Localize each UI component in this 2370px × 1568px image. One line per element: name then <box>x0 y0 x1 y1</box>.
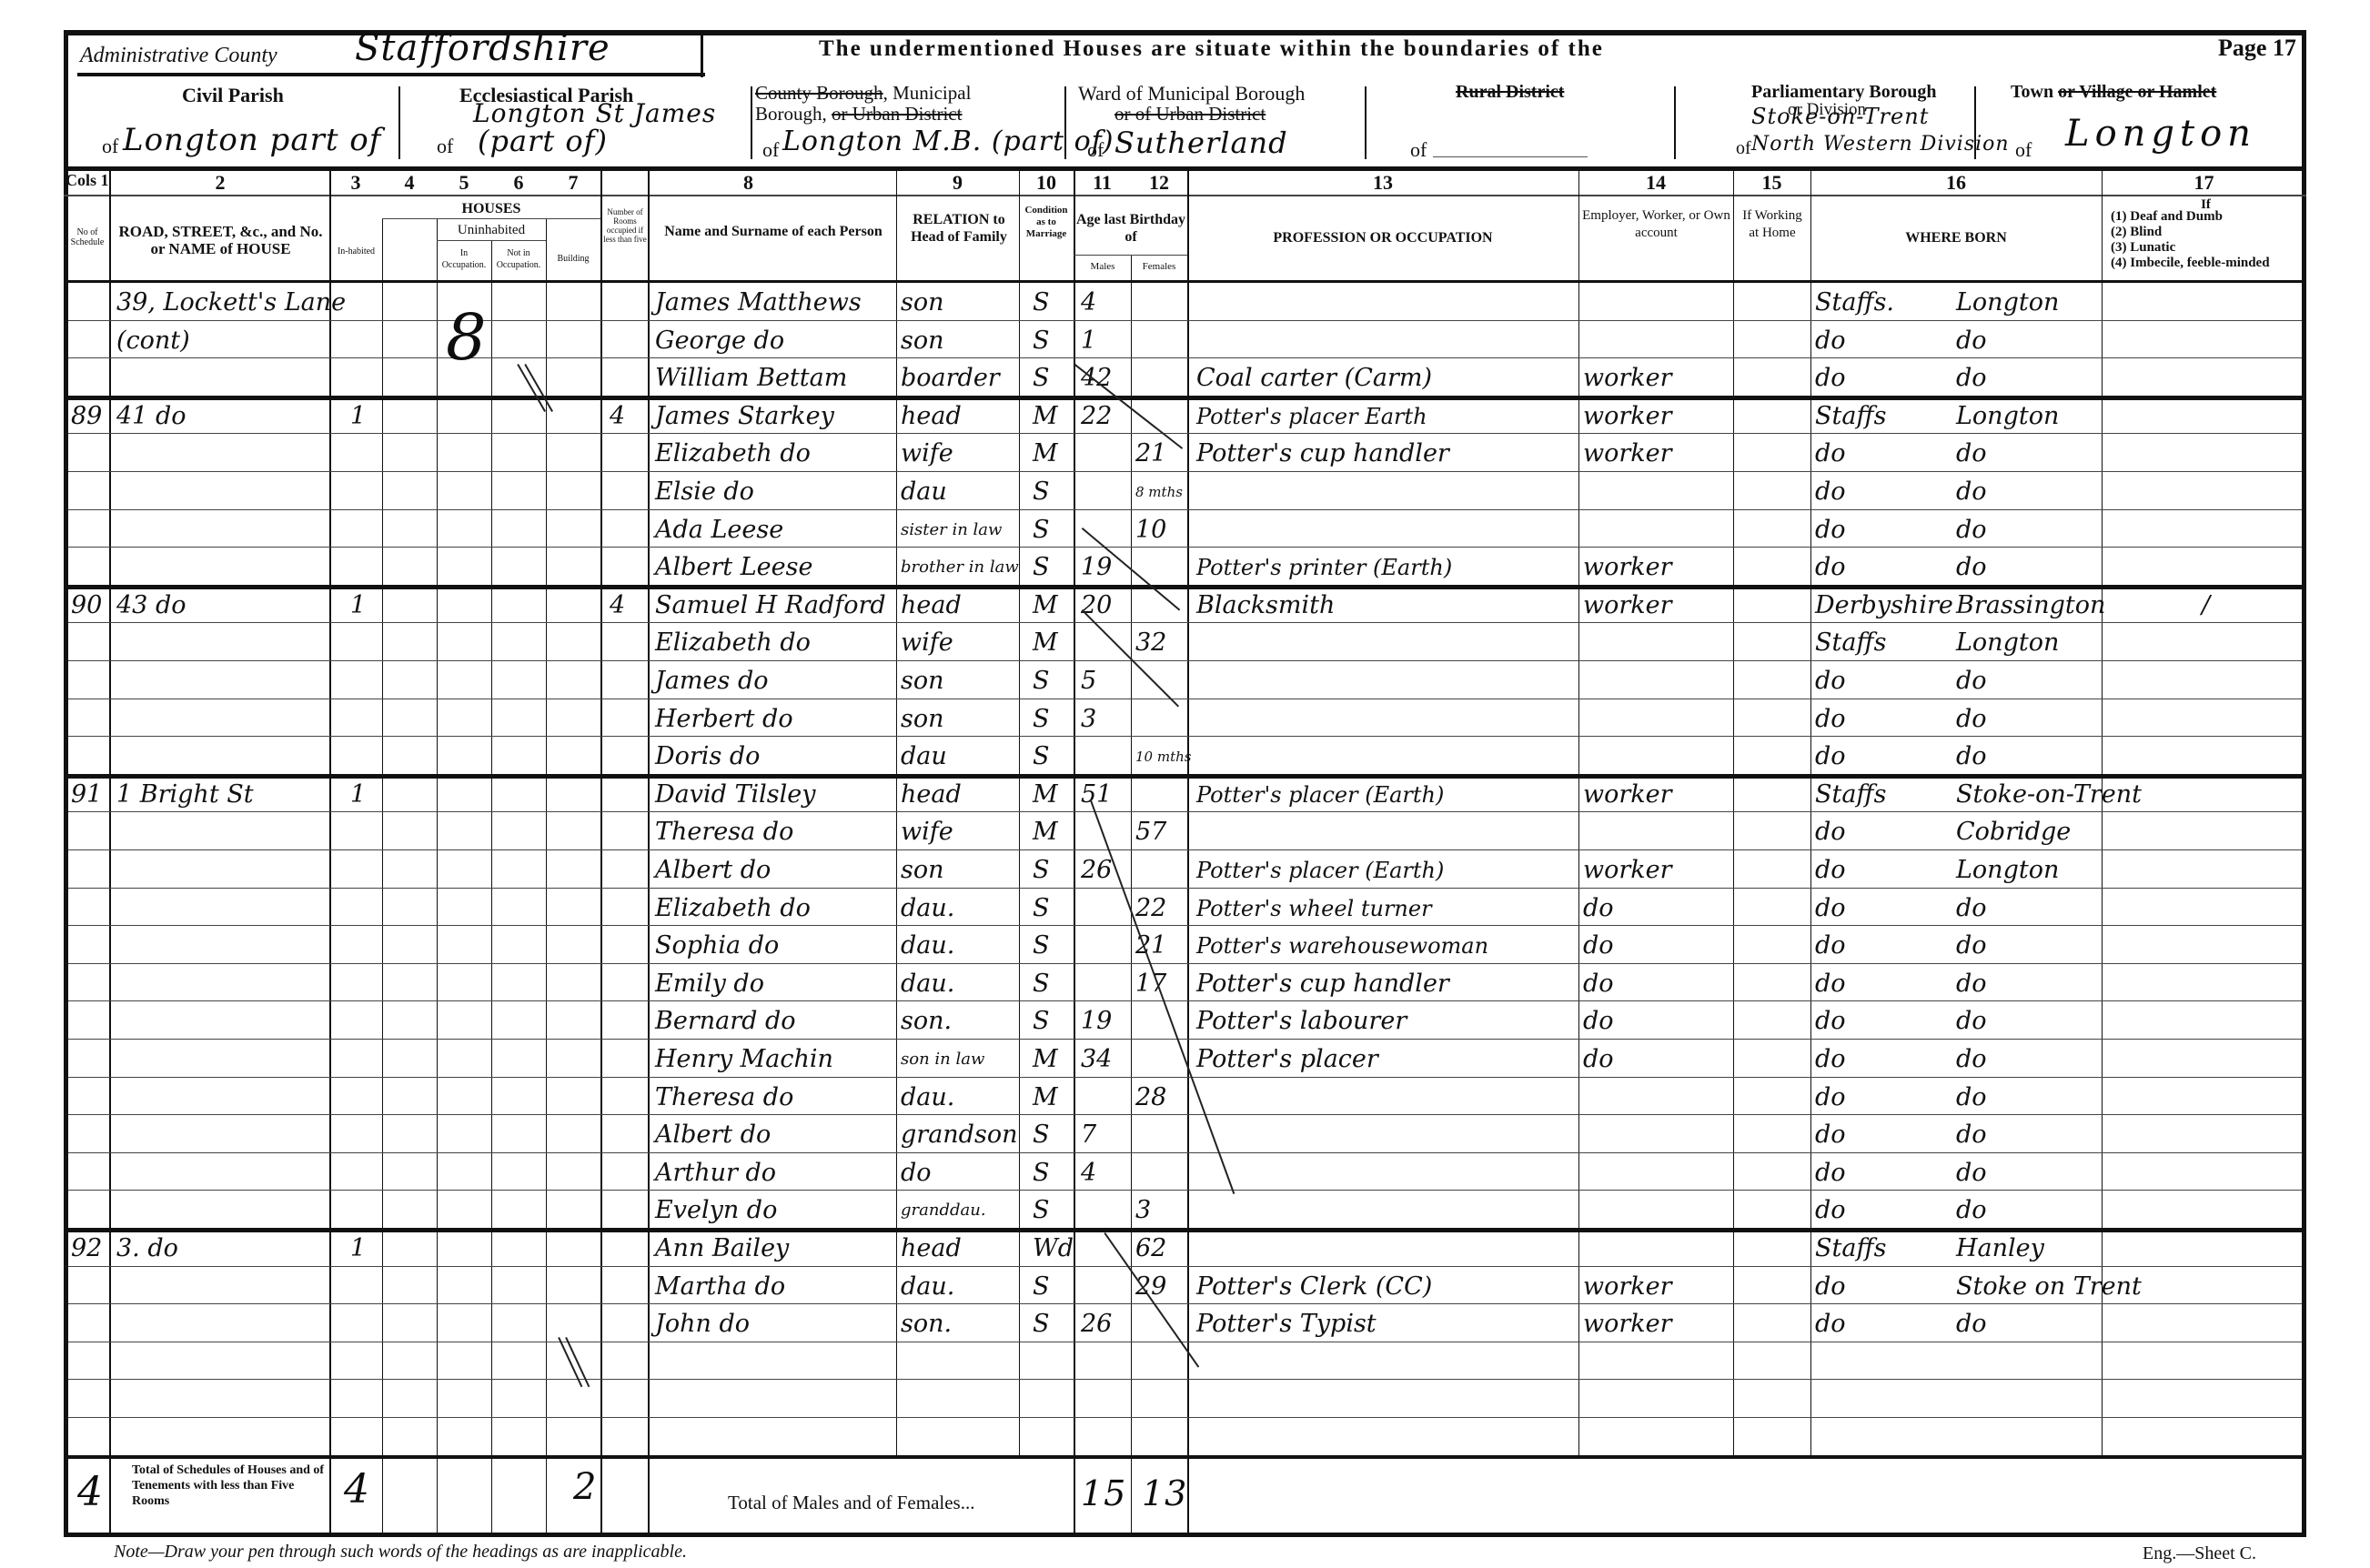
table-row: Bernard doson.S19Potter's labourerdododo <box>68 1001 2302 1040</box>
birthplace-county: do <box>1815 661 1846 699</box>
birthplace-county: do <box>1815 1040 1846 1078</box>
address: (cont) <box>116 321 190 359</box>
col-number-16: 16 <box>1810 171 2102 195</box>
relation-to-head: son <box>901 321 944 359</box>
col-number-12: 12 <box>1131 171 1187 195</box>
person-name: James Matthews <box>655 283 862 321</box>
boundaries-heading: The undermentioned Houses are situate wi… <box>819 36 1604 62</box>
uninhabited-scribble: 8 <box>446 300 488 375</box>
occupation: Potter's placer (Earth) <box>1196 775 1444 813</box>
employment-status: worker <box>1583 434 1672 472</box>
header-age: Age last Birthday of <box>1075 211 1186 246</box>
relation-to-head: son <box>901 850 944 889</box>
age-male: 22 <box>1081 397 1112 435</box>
schedule-number: 92 <box>71 1229 102 1267</box>
birthplace-town: Hanley <box>1956 1229 2044 1267</box>
employment-status: do <box>1583 1001 1614 1040</box>
table-row: Albert dosonS26Potter's placer (Earth)wo… <box>68 850 2302 889</box>
total-females: 13 <box>1142 1473 1187 1513</box>
age-rule <box>1074 255 1187 256</box>
table-row: Sophia dodau.S21Potter's warehousewomand… <box>68 926 2302 964</box>
header-condition: Condition as to Marriage <box>1021 205 1072 240</box>
age-male: 19 <box>1081 1001 1112 1040</box>
marital-condition: S <box>1033 283 1050 321</box>
col-number-13: 13 <box>1187 171 1578 195</box>
table-row: Herbert dosonS3dodo <box>68 699 2302 738</box>
age-female: 21 <box>1135 926 1166 964</box>
col-number-14: 14 <box>1578 171 1733 195</box>
relation-to-head: son in law <box>901 1040 984 1078</box>
table-row: Elsie dodauS8 mthsdodo <box>68 472 2302 510</box>
ward-of: of <box>1087 138 1104 162</box>
birthplace-town: Longton <box>1956 283 2059 321</box>
schedule-number: 90 <box>71 586 102 624</box>
birthplace-town: do <box>1956 889 1987 927</box>
person-name: Elsie do <box>655 472 754 510</box>
birthplace-county: do <box>1815 548 1846 586</box>
rural-value-line <box>1433 156 1588 157</box>
parliamentary-value-2: North Western Division <box>1751 133 2010 156</box>
col-number-9: 9 <box>896 171 1019 195</box>
marital-condition: S <box>1033 661 1050 699</box>
page-number: Page 17 <box>2218 35 2296 62</box>
col-number-3: 3 <box>329 171 382 195</box>
birthplace-town: do <box>1956 1191 1987 1229</box>
divider <box>1064 86 1066 159</box>
marital-condition: S <box>1033 1267 1050 1305</box>
relation-to-head: dau. <box>901 1267 954 1305</box>
address: 1 Bright St <box>116 775 254 813</box>
relation-to-head: son. <box>901 1001 952 1040</box>
table-row: Theresa dowifeM57doCobridge <box>68 812 2302 850</box>
header-in-occupation: In Occupation. <box>439 247 489 271</box>
col-number-15: 15 <box>1733 171 1810 195</box>
county-box-rule <box>77 73 705 76</box>
relation-to-head: head <box>901 586 962 624</box>
occupation: Potter's cup handler <box>1196 964 1449 1002</box>
marital-condition: M <box>1033 812 1058 850</box>
ward-value: Sutherland <box>1114 126 1288 160</box>
age-male: 3 <box>1081 699 1096 738</box>
birthplace-town: do <box>1956 434 1987 472</box>
occupation: Potter's placer <box>1196 1040 1378 1078</box>
ward-urban-struck: or of Urban District <box>1114 103 1266 126</box>
town-label: Town <box>2011 82 2053 102</box>
occupation: Potter's printer (Earth) <box>1196 548 1452 586</box>
rooms-count: 4 <box>610 586 625 624</box>
relation-to-head: head <box>901 397 962 435</box>
divider <box>1974 86 1976 159</box>
occupation: Coal carter (Carm) <box>1196 358 1432 397</box>
birthplace-town: Stoke-on-Trent <box>1956 775 2142 813</box>
relation-to-head: son. <box>901 1304 952 1342</box>
address: 3. do <box>116 1229 178 1267</box>
total-males: 15 <box>1081 1473 1126 1513</box>
person-name: Samuel H Radford <box>655 586 886 624</box>
marital-condition: S <box>1033 889 1050 927</box>
uninhabited-rule <box>437 240 546 241</box>
civil-parish-of: of <box>102 135 118 158</box>
birthplace-town: do <box>1956 1304 1987 1342</box>
birthplace-town: do <box>1956 737 1987 775</box>
marital-condition: M <box>1033 623 1058 661</box>
divider <box>751 86 752 159</box>
marital-condition: S <box>1033 737 1050 775</box>
marital-condition: Wd <box>1033 1229 1074 1267</box>
employment-status: do <box>1583 926 1614 964</box>
person-name: Ada Leese <box>655 510 783 548</box>
person-name: David Tilsley <box>655 775 816 813</box>
person-name: George do <box>655 321 784 359</box>
birthplace-town: do <box>1956 926 1987 964</box>
marital-condition: S <box>1033 1001 1050 1040</box>
marital-condition: S <box>1033 964 1050 1002</box>
relation-to-head: dau. <box>901 889 954 927</box>
employment-status: do <box>1583 964 1614 1002</box>
town-of: of <box>2015 138 2032 162</box>
relation-to-head: wife <box>901 812 953 850</box>
birthplace-county: do <box>1815 699 1846 738</box>
occupation: Blacksmith <box>1196 586 1335 624</box>
total-rooms: 2 <box>573 1466 597 1508</box>
relation-to-head: wife <box>901 434 953 472</box>
table-row: Evelyn dogranddau.S3dodo <box>68 1191 2302 1229</box>
total-houses-inhabited: 4 <box>344 1466 370 1513</box>
schedule-separator <box>64 396 2306 400</box>
employment-status: worker <box>1583 358 1672 397</box>
occupation: Potter's Clerk (CC) <box>1196 1267 1432 1305</box>
header-road-street: ROAD, STREET, &c., and No. or NAME of HO… <box>118 223 323 257</box>
relation-to-head: grandson <box>901 1115 1017 1153</box>
age-male: 34 <box>1081 1040 1112 1078</box>
relation-to-head: son <box>901 283 944 321</box>
table-row: John doson.S26Potter's Typistworkerdodo <box>68 1304 2302 1342</box>
birthplace-county: do <box>1815 358 1846 397</box>
birthplace-county: do <box>1815 850 1846 889</box>
table-row: James dosonS5dodo <box>68 661 2302 699</box>
age-male: 26 <box>1081 850 1112 889</box>
table-row: 39, Lockett's LaneJames MatthewssonS4Sta… <box>68 283 2302 321</box>
relation-to-head: head <box>901 1229 962 1267</box>
table-row: Theresa dodau.M28dodo <box>68 1078 2302 1116</box>
relation-to-head: dau. <box>901 926 954 964</box>
birthplace-county: Staffs <box>1815 623 1886 661</box>
municipal-label: , Municipal <box>883 82 972 104</box>
age-male: 7 <box>1081 1115 1096 1153</box>
birthplace-county: Derbyshire <box>1815 586 1953 624</box>
birthplace-town: do <box>1956 1040 1987 1078</box>
ecclesiastical-parish-of: of <box>437 135 453 158</box>
table-row: 923. do1Ann BaileyheadWd62StaffsHanley <box>68 1229 2302 1267</box>
schedule-separator <box>64 1228 2306 1232</box>
header-working-at-home: If Working at Home <box>1736 207 1809 242</box>
relation-to-head: granddau. <box>901 1191 986 1229</box>
marital-condition: S <box>1033 850 1050 889</box>
header-infirmity-list: (1) Deaf and Dumb (2) Blind (3) Lunatic … <box>2111 209 2270 271</box>
rural-district-struck: Rural District <box>1456 82 1564 103</box>
header-occupation: PROFESSION OR OCCUPATION <box>1192 229 1574 246</box>
totals-males-females-label: Total of Males and of Females... <box>728 1492 974 1514</box>
person-name: Theresa do <box>655 1078 793 1116</box>
birthplace-county: do <box>1815 1153 1846 1191</box>
marital-condition: S <box>1033 926 1050 964</box>
person-name: Albert do <box>655 850 771 889</box>
marital-condition: M <box>1033 434 1058 472</box>
relation-to-head: wife <box>901 623 953 661</box>
schedule-number: 91 <box>71 775 102 813</box>
houses-inhabited: 1 <box>350 775 366 813</box>
marital-condition: M <box>1033 397 1058 435</box>
birthplace-town: do <box>1956 510 1987 548</box>
age-male: 4 <box>1081 1153 1096 1191</box>
age-female: 32 <box>1135 623 1166 661</box>
header-females: Females <box>1132 261 1186 273</box>
employment-status: worker <box>1583 775 1672 813</box>
age-male: 4 <box>1081 283 1096 321</box>
birthplace-town: do <box>1956 699 1987 738</box>
age-male: 51 <box>1081 775 1112 813</box>
person-name: Bernard do <box>655 1001 796 1040</box>
birthplace-town: Longton <box>1956 850 2059 889</box>
footer-note: Note—Draw your pen through such words of… <box>114 1542 687 1563</box>
age-male: 1 <box>1081 321 1096 359</box>
birthplace-town: Brassington <box>1956 586 2105 624</box>
relation-to-head: son <box>901 661 944 699</box>
person-name: Ann Bailey <box>655 1229 789 1267</box>
person-name: John do <box>655 1304 750 1342</box>
birthplace-town: do <box>1956 964 1987 1002</box>
birthplace-county: Staffs <box>1815 775 1886 813</box>
divider <box>1365 86 1367 159</box>
col-number-2: 2 <box>111 171 329 195</box>
divider <box>1674 86 1676 159</box>
table-row: Emily dodau.S17Potter's cup handlerdodod… <box>68 964 2302 1002</box>
col-number-10: 10 <box>1019 171 1074 195</box>
birthplace-county: do <box>1815 510 1846 548</box>
relation-to-head: dau <box>901 737 947 775</box>
marital-condition: S <box>1033 321 1050 359</box>
age-female: 21 <box>1135 434 1166 472</box>
birthplace-town: do <box>1956 1078 1987 1116</box>
marital-condition: M <box>1033 586 1058 624</box>
person-name: Evelyn do <box>655 1191 777 1229</box>
marital-condition: S <box>1033 510 1050 548</box>
birthplace-town: do <box>1956 661 1987 699</box>
birthplace-county: do <box>1815 321 1846 359</box>
table-row: 8941 do14James StarkeyheadM22Potter's pl… <box>68 397 2302 435</box>
relation-to-head: do <box>901 1153 932 1191</box>
age-female: 62 <box>1135 1229 1166 1267</box>
birthplace-county: do <box>1815 1078 1846 1116</box>
relation-to-head: dau. <box>901 1078 954 1116</box>
total-schedules: 4 <box>77 1469 104 1515</box>
relation-to-head: head <box>901 775 962 813</box>
address: 43 do <box>116 586 186 624</box>
county-box-divider <box>701 30 703 77</box>
header-not-in-occupation: Not in Occupation. <box>493 247 544 271</box>
employment-status: worker <box>1583 548 1672 586</box>
marital-condition: M <box>1033 1040 1058 1078</box>
header-relation: RELATION to Head of Family <box>901 211 1017 246</box>
person-name: James do <box>655 661 768 699</box>
col-number-8: 8 <box>600 171 896 195</box>
divider <box>398 86 400 159</box>
ecclesiastical-parish-value-2: (part of) <box>478 124 608 158</box>
admin-county-value: Staffordshire <box>355 27 610 69</box>
form-id: Eng.—Sheet C. <box>2143 1543 2256 1564</box>
relation-to-head: brother in law <box>901 548 1019 586</box>
totals-schedules-label: Total of Schedules of Houses and of Tene… <box>132 1462 328 1509</box>
person-name: Sophia do <box>655 926 779 964</box>
person-name: Herbert do <box>655 699 793 738</box>
marital-condition: S <box>1033 358 1050 397</box>
header-where-born: WHERE BORN <box>1815 229 2097 246</box>
table-row: (cont)George dosonS1dodo <box>68 321 2302 359</box>
birthplace-town: do <box>1956 321 1987 359</box>
person-name: Theresa do <box>655 812 793 850</box>
relation-to-head: dau. <box>901 964 954 1002</box>
admin-county-label: Administrative County <box>80 44 277 68</box>
birthplace-town: Longton <box>1956 623 2059 661</box>
person-name: James Starkey <box>655 397 834 435</box>
birthplace-town: Longton <box>1956 397 2059 435</box>
table-row <box>68 1418 2302 1456</box>
marital-condition: M <box>1033 1078 1058 1116</box>
borough-label: Borough, <box>755 103 827 125</box>
age-female: 3 <box>1135 1191 1151 1229</box>
birthplace-county: do <box>1815 964 1846 1002</box>
marital-condition: S <box>1033 1153 1050 1191</box>
birthplace-town: do <box>1956 548 1987 586</box>
employment-status: worker <box>1583 586 1672 624</box>
table-row: William BettamboarderS42Coal carter (Car… <box>68 358 2302 397</box>
employment-status: worker <box>1583 850 1672 889</box>
totals-top-rule <box>64 1455 2306 1459</box>
header-schedule-no: No of Schedule <box>66 227 109 247</box>
header-uninhabited: Uninhabited <box>437 222 546 239</box>
birthplace-county: do <box>1815 812 1846 850</box>
birthplace-county: Staffs <box>1815 1229 1886 1267</box>
marital-condition: S <box>1033 1191 1050 1229</box>
address: 41 do <box>116 397 186 435</box>
table-row: Doris dodauS10 mthsdodo <box>68 737 2302 775</box>
county-borough-struck: County Borough <box>755 82 883 104</box>
occupation: Potter's wheel turner <box>1196 889 1432 927</box>
person-name: Albert Leese <box>655 548 812 586</box>
rural-of: of <box>1410 138 1427 162</box>
birthplace-county: do <box>1815 1191 1846 1229</box>
age-female: 22 <box>1135 889 1166 927</box>
houses-inhabited: 1 <box>350 397 366 435</box>
marital-condition: M <box>1033 775 1058 813</box>
civil-parish-value: Longton part of <box>123 122 381 158</box>
town-value: Longton <box>2065 113 2256 155</box>
col-number-11: 11 <box>1074 171 1131 195</box>
birthplace-county: Staffs. <box>1815 283 1894 321</box>
table-row: Elizabeth dowifeM32StaffsLongton <box>68 623 2302 661</box>
person-name: Elizabeth do <box>655 623 811 661</box>
age-female: 10 mths <box>1135 737 1191 775</box>
birthplace-county: do <box>1815 889 1846 927</box>
birthplace-county: do <box>1815 1267 1846 1305</box>
age-female: 10 <box>1135 510 1166 548</box>
marital-condition: S <box>1033 548 1050 586</box>
age-female: 57 <box>1135 812 1166 850</box>
birthplace-town: do <box>1956 358 1987 397</box>
infirmity: / <box>2202 586 2210 624</box>
employment-status: do <box>1583 1040 1614 1078</box>
employment-status: worker <box>1583 1267 1672 1305</box>
col-number-1: Cols 1 <box>66 171 111 190</box>
occupation: Potter's labourer <box>1196 1001 1407 1040</box>
table-row: Ada Leesesister in lawS10dodo <box>68 510 2302 548</box>
marital-condition: S <box>1033 699 1050 738</box>
parliamentary-value-1: Stoke-on-Trent <box>1751 104 1929 129</box>
birthplace-town: Stoke on Trent <box>1956 1267 2142 1305</box>
infirmity-lunatic: (3) Lunatic <box>2111 240 2270 256</box>
person-name: Henry Machin <box>655 1040 833 1078</box>
marital-condition: S <box>1033 1304 1050 1342</box>
birthplace-county: do <box>1815 1304 1846 1342</box>
schedule-separator <box>64 774 2306 779</box>
person-name: Emily do <box>655 964 764 1002</box>
table-row: Elizabeth dowifeM21Potter's cup handlerw… <box>68 434 2302 472</box>
parliamentary-of: of <box>1736 138 1751 159</box>
birthplace-county: do <box>1815 926 1846 964</box>
civil-parish-label: Civil Parish <box>182 84 284 107</box>
birthplace-town: Cobridge <box>1956 812 2071 850</box>
person-name: William Bettam <box>655 358 847 397</box>
col-number-7: 7 <box>546 171 600 195</box>
person-name: Doris do <box>655 737 760 775</box>
schedule-number: 89 <box>71 397 102 435</box>
houses-inhabited: 1 <box>350 1229 366 1267</box>
urban-district-struck: or Urban District <box>832 103 962 125</box>
table-row: Martha dodau.S29Potter's Clerk (CC)worke… <box>68 1267 2302 1305</box>
village-hamlet-struck: or Village or Hamlet <box>2058 82 2216 102</box>
age-female: 8 mths <box>1135 472 1183 510</box>
birthplace-town: do <box>1956 1115 1987 1153</box>
occupation: Potter's placer (Earth) <box>1196 850 1444 889</box>
header-building: Building <box>548 253 599 265</box>
header-rooms: Number of Rooms occupied if less than fi… <box>602 207 648 244</box>
occupation: Potter's Typist <box>1196 1304 1377 1342</box>
header-houses: HOUSES <box>382 200 600 217</box>
table-row: 911 Bright St1David TilsleyheadM51Potter… <box>68 775 2302 813</box>
infirmity-blind: (2) Blind <box>2111 225 2270 240</box>
rooms-count: 4 <box>610 397 625 435</box>
relation-to-head: boarder <box>901 358 1000 397</box>
birthplace-town: do <box>1956 1001 1987 1040</box>
table-row: Albert dograndsonS7dodo <box>68 1115 2302 1153</box>
relation-to-head: son <box>901 699 944 738</box>
person-name: Albert do <box>655 1115 771 1153</box>
occupation: Potter's cup handler <box>1196 434 1449 472</box>
birthplace-county: do <box>1815 472 1846 510</box>
employment-status: worker <box>1583 1304 1672 1342</box>
age-female: 28 <box>1135 1078 1166 1116</box>
table-row: Arthur dodoS4dodo <box>68 1153 2302 1191</box>
person-name: Elizabeth do <box>655 889 811 927</box>
birthplace-county: do <box>1815 737 1846 775</box>
age-male: 5 <box>1081 661 1096 699</box>
marital-condition: S <box>1033 472 1050 510</box>
age-male: 20 <box>1081 586 1112 624</box>
person-name: Arthur do <box>655 1153 776 1191</box>
schedule-separator <box>64 585 2306 589</box>
occupation: Potter's placer Earth <box>1196 397 1427 435</box>
occupation: Potter's warehousewoman <box>1196 926 1488 964</box>
